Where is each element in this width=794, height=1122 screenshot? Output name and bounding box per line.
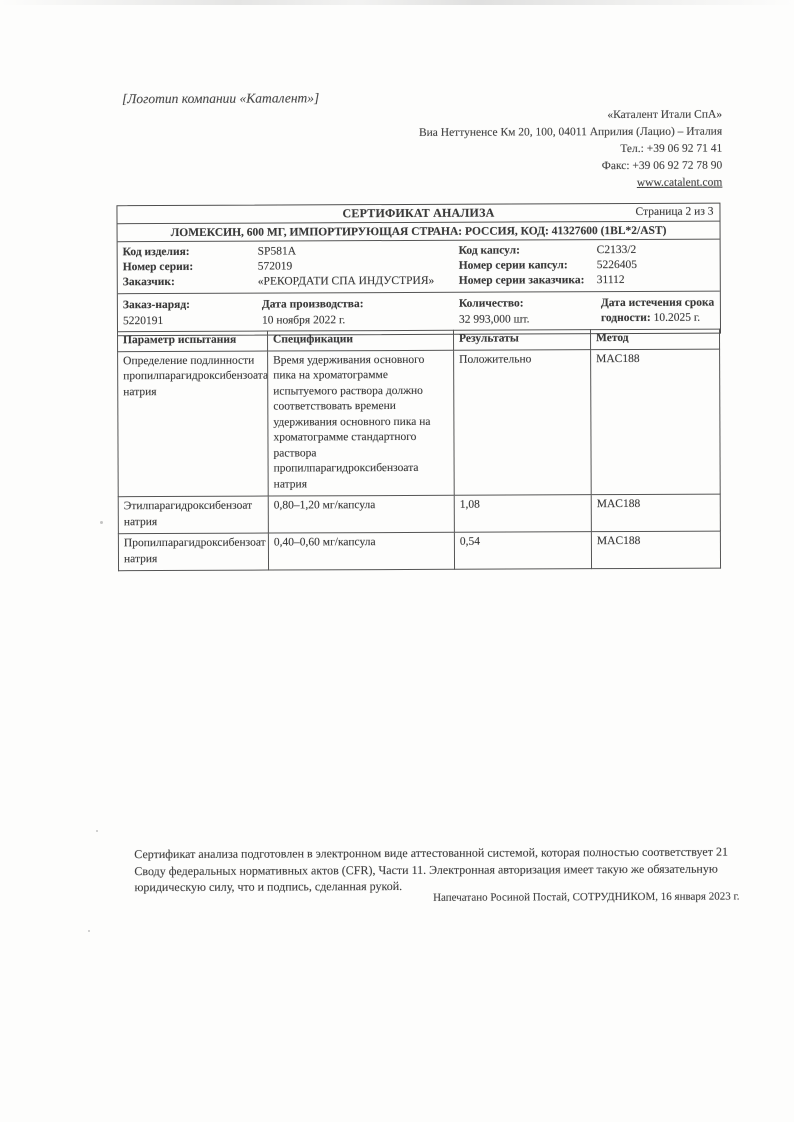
cell-method: MAC188 [591,349,721,495]
field-value: 572019 [257,259,454,274]
cell-parameter: Пропилпарагидроксибензоат натрия [118,533,268,571]
field-value: 10.2025 г. [654,312,701,324]
manufacture-date-cell: Дата производства: 10 ноября 2022 г. [257,296,454,329]
cell-result: 0,54 [454,532,591,570]
company-phone: Тел.: +39 06 92 71 41 [302,141,722,160]
column-header-method: Метод [590,329,719,349]
cell-specification: 0,80–1,20 мг/капсула [268,495,454,533]
batch-info-grid: Код изделия: SP581A Код капсул: C2133/2 … [118,240,720,294]
order-number-cell: Заказ-наряд: 5220191 [118,297,257,330]
company-website: www.catalent.com [302,175,722,194]
field-label: Заказчик: [118,275,257,290]
table-row: Этилпарагидроксибензоат натрия 0,80–1,20… [118,494,720,534]
field-value: 32 993,000 шт. [459,312,592,328]
field-label: Код изделия: [118,245,257,260]
table-row: Пропилпарагидроксибензоат натрия 0,40–0,… [118,531,720,571]
expiry-date-cell: Дата истечения срока годности: 10.2025 г… [596,295,720,328]
cell-specification: Время удерживания основного пика на хром… [268,350,455,496]
field-label: Номер серии капсул: [454,258,596,273]
cell-method: MAC188 [591,531,720,569]
certificate-title: СЕРТИФИКАТ АНАЛИЗА [342,206,494,222]
company-address: Виа Неттуненсе Км 20, 100, 04011 Априлия… [302,124,722,143]
cell-method: MAC188 [591,494,720,532]
certificate-header-table: СЕРТИФИКАТ АНАЛИЗА Страница 2 из 3 ЛОМЕК… [116,203,721,337]
document-content: [Логотип компании «Каталент»] «Каталент … [0,0,794,1122]
cell-parameter: Этилпарагидроксибензоат натрия [118,496,268,534]
printed-by-line: Напечатано Росиной Постай, СОТРУДНИКОМ, … [433,891,739,904]
column-header-specification: Спецификации [267,330,453,350]
company-name: «Каталент Итали СпА» [302,107,722,126]
field-label: Дата производства: [262,298,364,310]
scanned-certificate-page: [Логотип компании «Каталент»] «Каталент … [0,0,794,1122]
column-header-parameter: Параметр испытания [117,331,267,351]
field-value: SP581A [257,244,454,259]
table-row: Определение подлинности пропилпарагидрок… [118,349,721,497]
certificate-title-row: СЕРТИФИКАТ АНАЛИЗА Страница 2 из 3 [117,204,719,225]
field-label: Код капсул: [454,243,596,258]
cell-result: Положительно [454,349,592,495]
field-value: 10 ноября 2022 г. [262,313,450,329]
field-value: «РЕКОРДАТИ СПА ИНДУСТРИЯ» [257,274,454,289]
test-results-table: Параметр испытания Спецификации Результа… [117,329,721,572]
field-value: 5220191 [123,314,253,330]
field-value: 31112 [596,273,720,288]
field-label: Заказ-наряд: [123,299,190,311]
cell-specification: 0,40–0,60 мг/капсула [268,532,454,570]
cell-parameter: Определение подлинности пропилпарагидрок… [118,351,269,497]
quantity-cell: Количество: 32 993,000 шт. [454,295,596,328]
page-indicator: Страница 2 из 3 [636,206,714,218]
field-value: 5226405 [596,258,720,273]
cell-result: 1,08 [454,495,591,533]
company-logo-placeholder: [Логотип компании «Каталент»] [122,90,319,107]
electronic-certificate-statement: Сертификат анализа подготовлен в электро… [134,844,734,896]
field-label: Количество: [459,297,524,309]
company-fax: Факс: +39 06 92 72 78 90 [302,158,722,177]
field-label: Номер серии заказчика: [454,273,596,288]
column-header-result: Результаты [453,330,590,350]
company-address-block: «Каталент Итали СпА» Виа Неттуненсе Км 2… [302,107,722,194]
field-value: C2133/2 [596,243,720,258]
table-header-row: Параметр испытания Спецификации Результа… [117,329,719,351]
field-label: Номер серии: [118,260,257,275]
